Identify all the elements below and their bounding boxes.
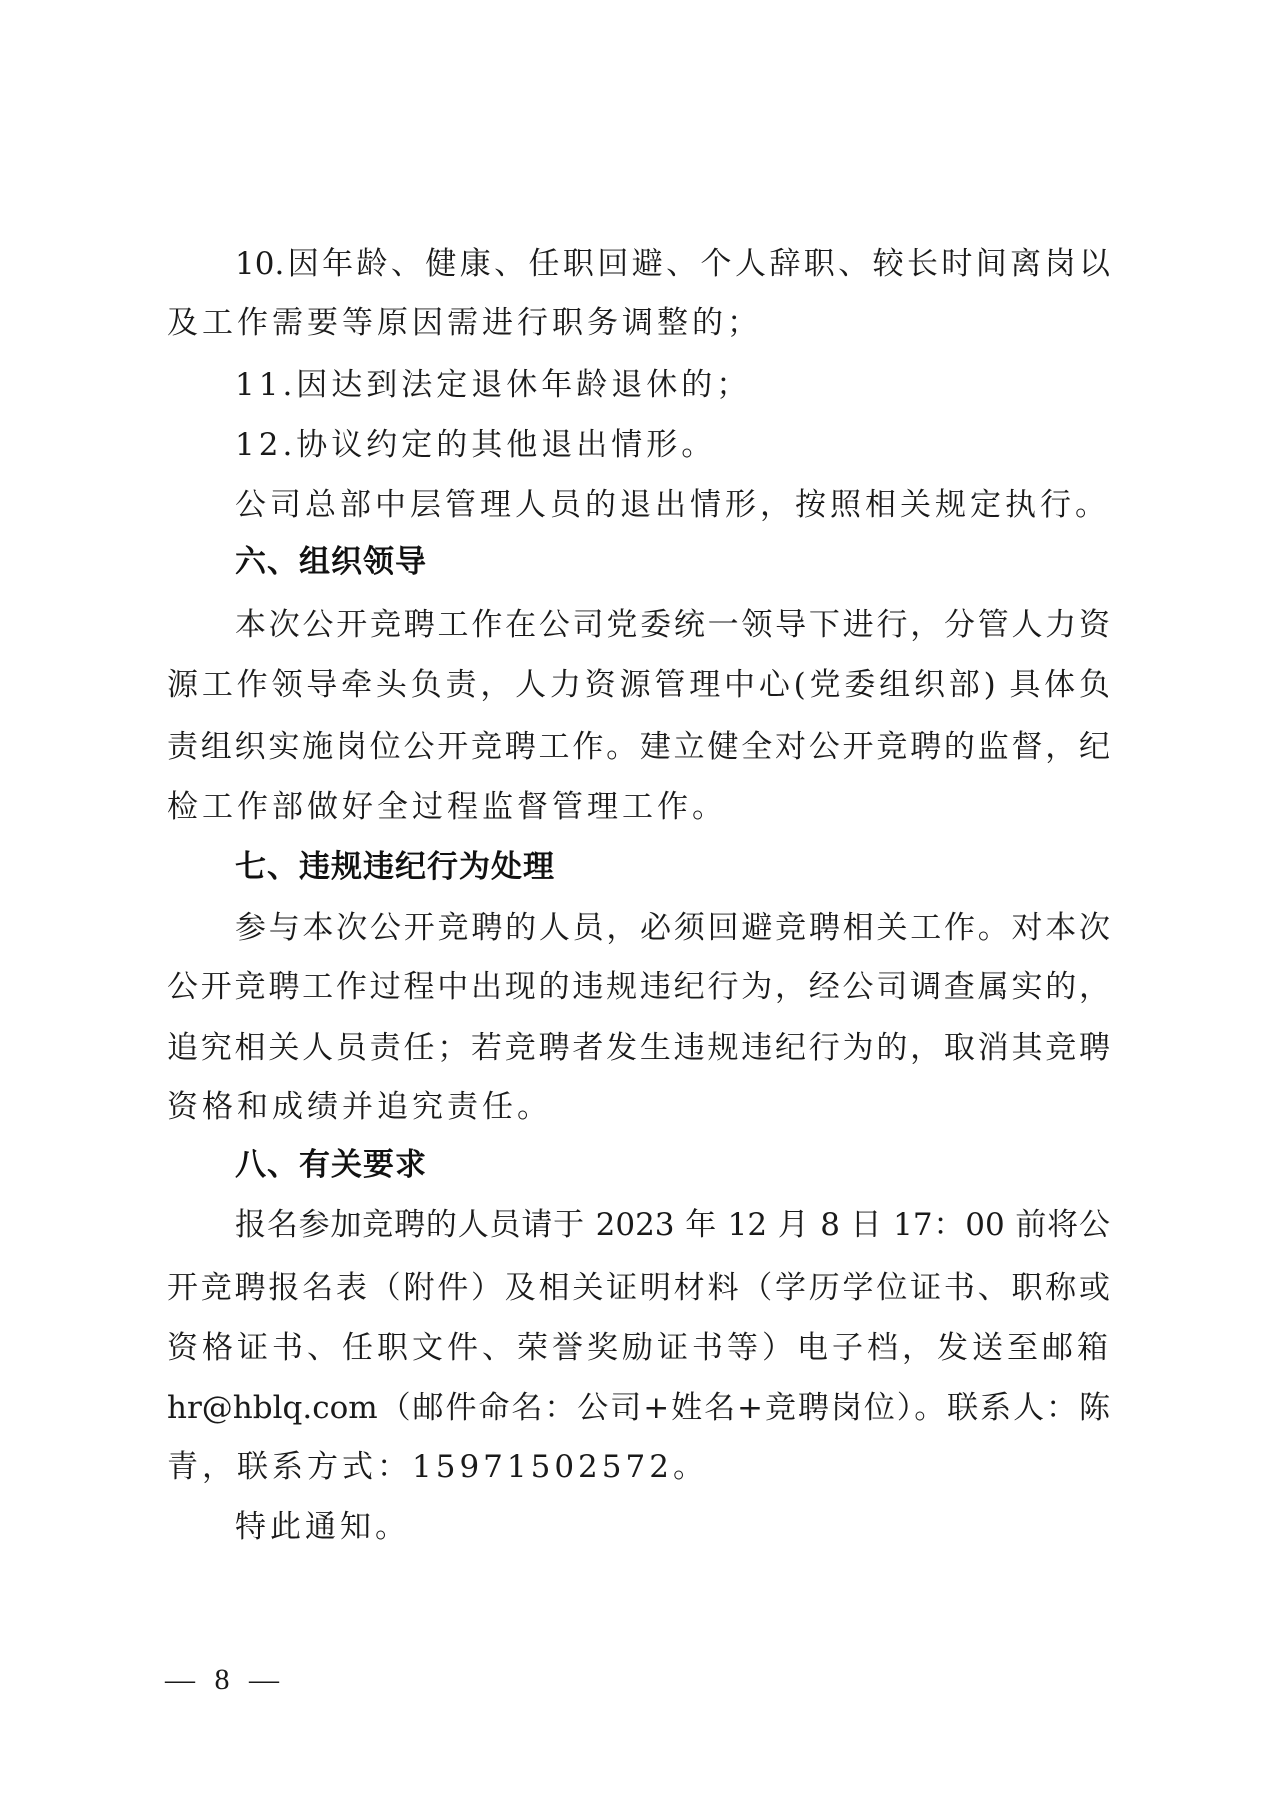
paragraph-requirements-line-2: 开竞聘报名表（附件）及相关证明材料（学历学位证书、职称或 — [167, 1258, 1110, 1318]
list-item-10: 10.因年龄、健康、任职回避、个人辞职、较长时间离岗以 — [235, 234, 1110, 294]
closing-notice: 特此通知。 — [235, 1497, 410, 1557]
list-item-10-continued: 及工作需要等原因需进行职务调整的； — [167, 293, 762, 353]
paragraph-violations-line-3: 追究相关人员责任；若竞聘者发生违规违纪行为的，取消其竞聘 — [167, 1018, 1110, 1078]
paragraph-requirements-contact-line: 青，联系方式：15971502572。 — [167, 1437, 708, 1497]
section-heading-organization-leadership: 六、组织领导 — [235, 532, 427, 592]
paragraph-violations-line-2: 公开竞聘工作过程中出现的违规违纪行为，经公司调查属实的， — [167, 957, 1110, 1017]
paragraph-leadership-line-2: 源工作领导牵头负责，人力资源管理中心(党委组织部) 具体负 — [167, 655, 1110, 715]
paragraph-requirements-email-line: hr@hblq.com（邮件命名：公司+姓名+竞聘岗位）。联系人：陈 — [167, 1378, 1110, 1438]
section-heading-requirements: 八、有关要求 — [235, 1135, 427, 1195]
paragraph-leadership-line-3: 责组织实施岗位公开竞聘工作。建立健全对公开竞聘的监督，纪 — [167, 717, 1110, 777]
paragraph-requirements-line-3: 资格证书、任职文件、荣誉奖励证书等）电子档，发送至邮箱 — [167, 1318, 1112, 1378]
section-heading-violations: 七、违规违纪行为处理 — [235, 837, 555, 897]
paragraph-violations-line-1: 参与本次公开竞聘的人员，必须回避竞聘相关工作。对本次 — [235, 898, 1110, 958]
list-item-11: 11.因达到法定退休年龄退休的； — [235, 355, 751, 415]
paragraph-violations-line-4: 资格和成绩并追究责任。 — [167, 1077, 552, 1137]
list-item-12: 12.协议约定的其他退出情形。 — [235, 415, 716, 475]
paragraph-requirements-line-1: 报名参加竞聘的人员请于 2023 年 12 月 8 日 17：00 前将公 — [235, 1195, 1110, 1255]
paragraph-headquarters-exit: 公司总部中层管理人员的退出情形，按照相关规定执行。 — [235, 475, 1110, 535]
paragraph-leadership-line-1: 本次公开竞聘工作在公司党委统一领导下进行，分管人力资 — [235, 595, 1110, 655]
paragraph-leadership-line-4: 检工作部做好全过程监督管理工作。 — [167, 777, 727, 837]
document-page: 10.因年龄、健康、任职回避、个人辞职、较长时间离岗以 及工作需要等原因需进行职… — [0, 0, 1280, 1810]
page-number: — 8 — — [165, 1660, 285, 1700]
